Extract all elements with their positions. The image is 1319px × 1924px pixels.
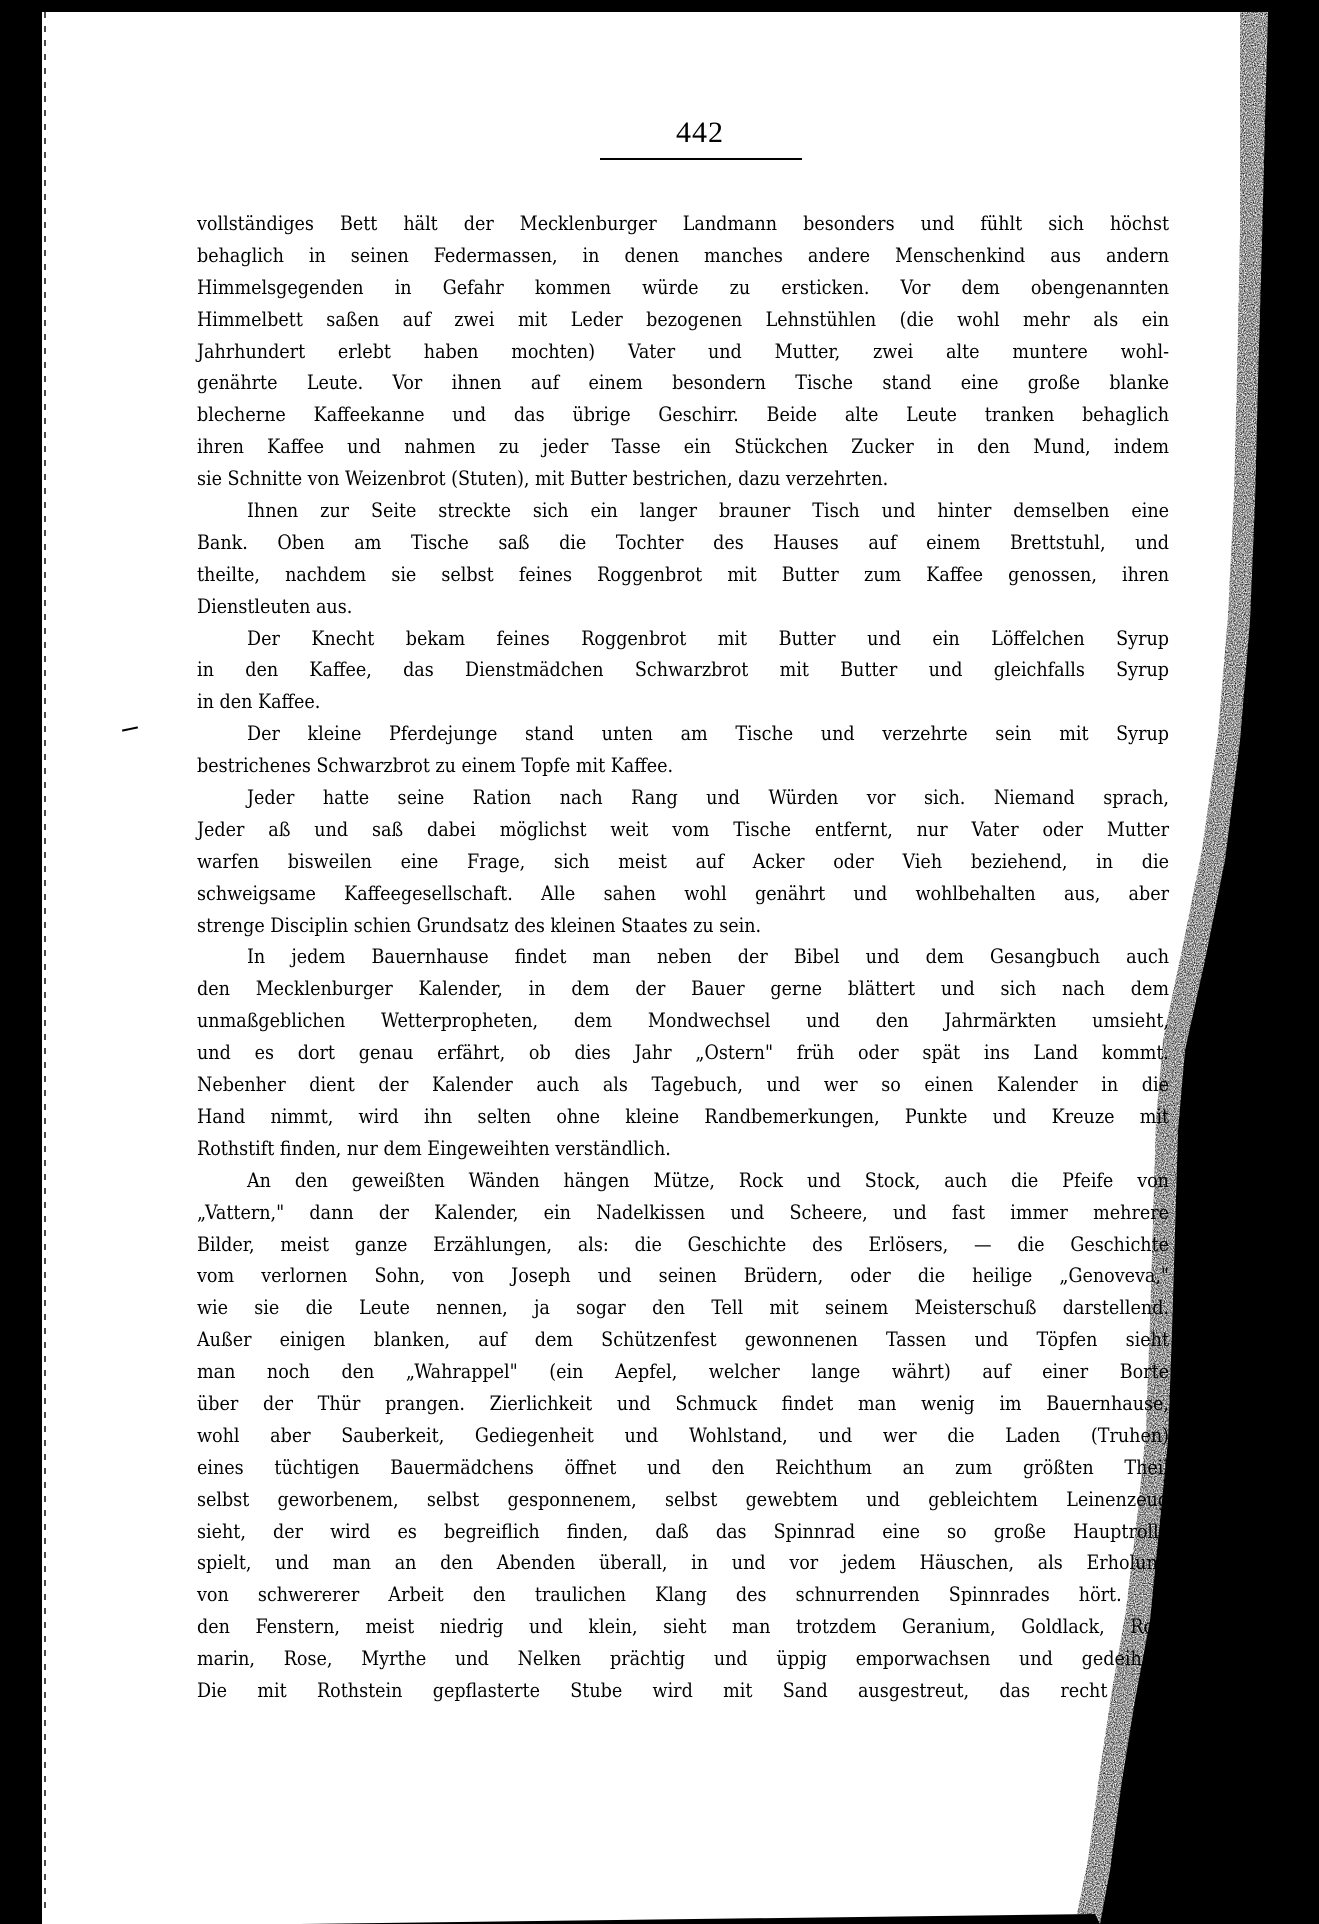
paragraph: An den geweißten Wänden hängen Mütze, Ro… — [197, 1165, 1169, 1707]
text-line: Der Knecht bekam feines Roggenbrot mit B… — [197, 623, 1169, 655]
text-line: selbst geworbenem, selbst gesponnenem, s… — [197, 1484, 1169, 1516]
text-line: In jedem Bauernhause findet man neben de… — [197, 941, 1169, 973]
text-line: in den Kaffee. — [197, 686, 1169, 718]
text-line: Nebenher dient der Kalender auch als Tag… — [197, 1069, 1169, 1101]
text-line: eines tüchtigen Bauermädchens öffnet und… — [197, 1452, 1169, 1484]
text-line: Der kleine Pferdejunge stand unten am Ti… — [197, 718, 1169, 750]
scan-border-left-speckle — [44, 12, 46, 1912]
text-line: wohl aber Sauberkeit, Gediegenheit und W… — [197, 1420, 1169, 1452]
text-line: marin, Rose, Myrthe und Nelken prächtig … — [197, 1643, 1169, 1675]
text-line: Jeder aß und saß dabei möglichst weit vo… — [197, 814, 1169, 846]
text-line: theilte, nachdem sie selbst feines Rogge… — [197, 559, 1169, 591]
paragraph: In jedem Bauernhause findet man neben de… — [197, 941, 1169, 1164]
text-line: sieht, der wird es begreiflich finden, d… — [197, 1516, 1169, 1548]
text-line: Jahrhundert erlebt haben mochten) Vater … — [197, 336, 1169, 368]
text-line: Hand nimmt, wird ihn selten ohne kleine … — [197, 1101, 1169, 1133]
text-line: warfen bisweilen eine Frage, sich meist … — [197, 846, 1169, 878]
paragraph: Ihnen zur Seite streckte sich ein langer… — [197, 495, 1169, 623]
text-line: Außer einigen blanken, auf dem Schützenf… — [197, 1324, 1169, 1356]
text-line: sie Schnitte von Weizenbrot (Stuten), mi… — [197, 463, 1169, 495]
text-line: Bank. Oben am Tische saß die Tochter des… — [197, 527, 1169, 559]
text-line: genährte Leute. Vor ihnen auf einem beso… — [197, 367, 1169, 399]
text-line: spielt, und man an den Abenden überall, … — [197, 1547, 1169, 1579]
text-line: Dienstleuten aus. — [197, 591, 1169, 623]
text-line: wie sie die Leute nennen, ja sogar den T… — [197, 1292, 1169, 1324]
scan-border-left — [0, 0, 42, 1924]
text-line: Himmelsgegenden in Gefahr kommen würde z… — [197, 272, 1169, 304]
header-rule — [600, 158, 802, 160]
text-line: strenge Disciplin schien Grundsatz des k… — [197, 910, 1169, 942]
text-line: und es dort genau erfährt, ob dies Jahr … — [197, 1037, 1169, 1069]
text-line: behaglich in seinen Federmassen, in dene… — [197, 240, 1169, 272]
text-line: „Vattern," dann der Kalender, ein Nadelk… — [197, 1197, 1169, 1229]
text-line: über der Thür prangen. Zierlichkeit und … — [197, 1388, 1169, 1420]
paragraph: Der Knecht bekam feines Roggenbrot mit B… — [197, 623, 1169, 719]
text-line: man noch den „Wahrappel" (ein Aepfel, we… — [197, 1356, 1169, 1388]
text-line: von schwererer Arbeit den traulichen Kla… — [197, 1579, 1169, 1611]
text-line: An den geweißten Wänden hängen Mütze, Ro… — [197, 1165, 1169, 1197]
text-line: unmaßgeblichen Wetterpropheten, dem Mond… — [197, 1005, 1169, 1037]
paragraph: vollständiges Bett hält der Mecklenburge… — [197, 208, 1169, 495]
paragraph: Jeder hatte seine Ration nach Rang und W… — [197, 782, 1169, 941]
text-line: ihren Kaffee und nahmen zu jeder Tasse e… — [197, 431, 1169, 463]
text-line: Rothstift finden, nur dem Eingeweihten v… — [197, 1133, 1169, 1165]
scan-border-top — [0, 0, 1319, 12]
body-text: vollständiges Bett hält der Mecklenburge… — [197, 208, 1169, 1707]
page-number: 442 — [600, 116, 800, 150]
text-line: Ihnen zur Seite streckte sich ein langer… — [197, 495, 1169, 527]
text-line: Bilder, meist ganze Erzählungen, als: di… — [197, 1229, 1169, 1261]
margin-mark — [122, 726, 138, 731]
text-line: den Mecklenburger Kalender, in dem der B… — [197, 973, 1169, 1005]
text-line: Die mit Rothstein gepflasterte Stube wir… — [197, 1675, 1169, 1707]
text-line: Himmelbett saßen auf zwei mit Leder bezo… — [197, 304, 1169, 336]
text-line: schweigsame Kaffeegesellschaft. Alle sah… — [197, 878, 1169, 910]
text-line: vom verlornen Sohn, von Joseph und seine… — [197, 1260, 1169, 1292]
paragraph: Der kleine Pferdejunge stand unten am Ti… — [197, 718, 1169, 782]
text-line: bestrichenes Schwarzbrot zu einem Topfe … — [197, 750, 1169, 782]
text-line: den Fenstern, meist niedrig und klein, s… — [197, 1611, 1169, 1643]
text-line: Jeder hatte seine Ration nach Rang und W… — [197, 782, 1169, 814]
text-line: in den Kaffee, das Dienstmädchen Schwarz… — [197, 654, 1169, 686]
text-line: blecherne Kaffeekanne und das übrige Ges… — [197, 399, 1169, 431]
text-line: vollständiges Bett hält der Mecklenburge… — [197, 208, 1169, 240]
